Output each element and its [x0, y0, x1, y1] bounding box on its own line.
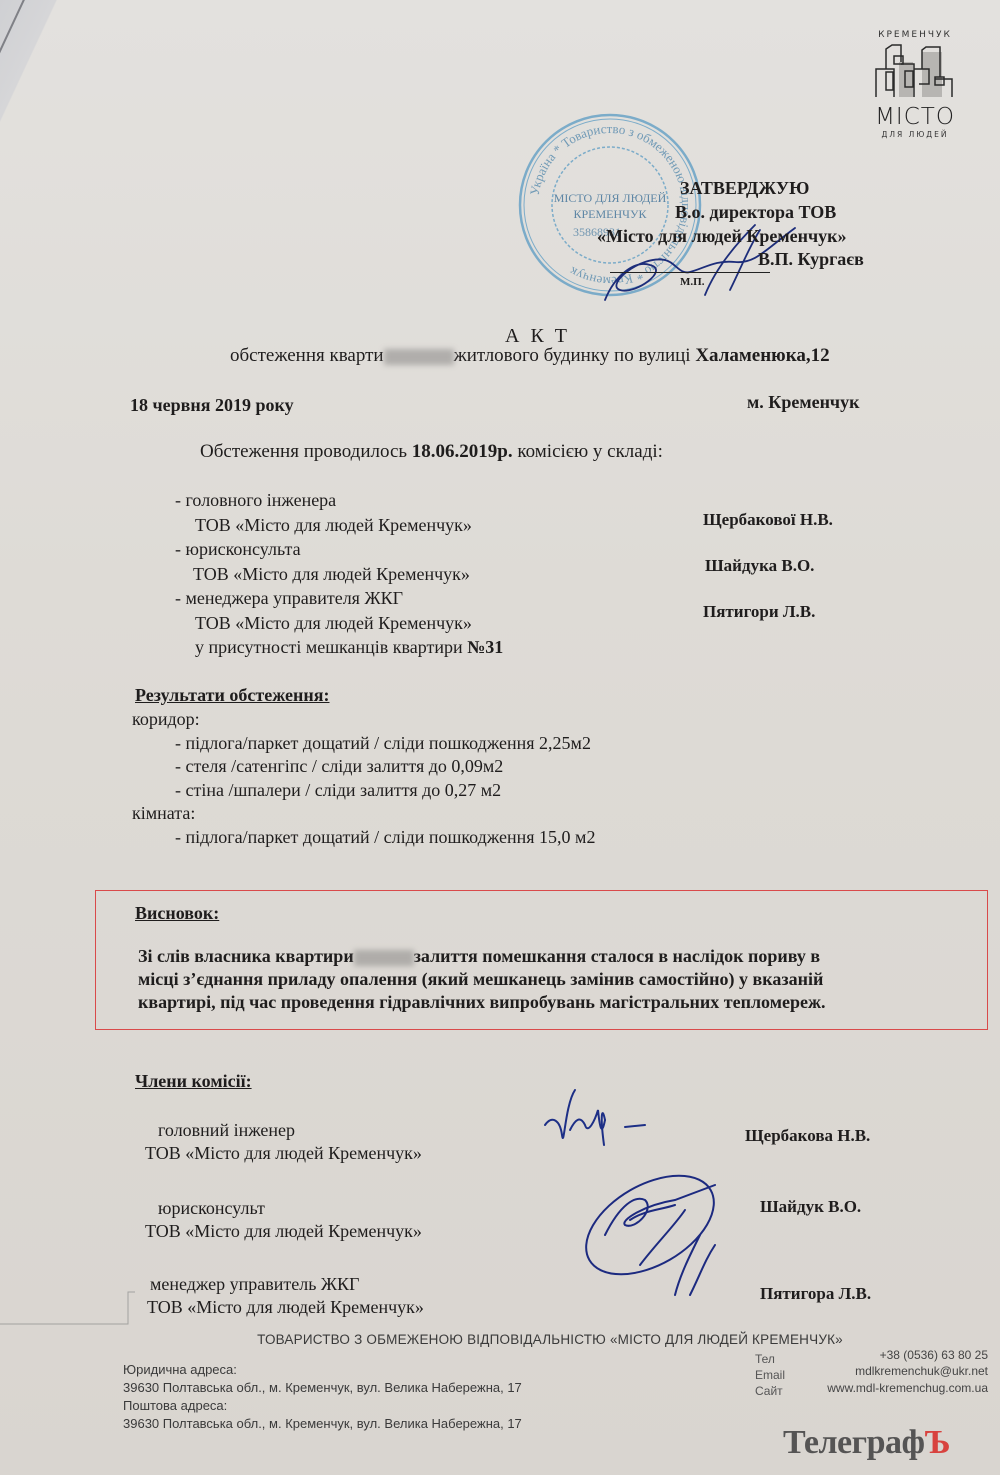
commission-member-name: Шайдука В.О.	[705, 556, 814, 576]
commission-role: - головного інженера	[175, 488, 503, 513]
member-role: юрисконсульт	[158, 1198, 265, 1219]
room-name: кімната:	[132, 802, 595, 826]
member-org: ТОВ «Місто для людей Кременчук»	[145, 1143, 422, 1164]
faded-logo-imprint	[0, 1262, 135, 1327]
member-name: Шайдук В.О.	[760, 1197, 861, 1217]
city-skyline-icon	[874, 44, 956, 99]
result-item: - підлога/паркет дощатий / сліди пошкодж…	[132, 826, 595, 850]
footer-company-name: ТОВАРИСТВО З ОБМЕЖЕНОЮ ВІДПОВІДАЛЬНІСТЮ …	[0, 1332, 1000, 1347]
inspection-intro: Обстеження проводилось 18.06.2019р. комі…	[200, 441, 663, 463]
act-city: м. Кременчук	[747, 392, 859, 413]
logo-subtitle: ДЛЯ ЛЮДЕЙ	[860, 130, 970, 139]
paper-fold-shadow	[0, 0, 70, 150]
redacted-text	[354, 950, 414, 966]
logo-city: КРЕМЕНЧУК	[860, 30, 970, 40]
act-date: 18 червня 2019 року	[130, 395, 294, 416]
street-address: Халаменюка,12	[695, 345, 829, 366]
legal-address-label: Юридична адреса:	[123, 1362, 237, 1377]
apartment-number: №31	[467, 637, 503, 657]
member-org: ТОВ «Місто для людей Кременчук»	[145, 1221, 422, 1242]
watermark-accent-letter: Ъ	[925, 1424, 951, 1461]
commission-list: - головного інженера ТОВ «Місто для люде…	[175, 488, 503, 660]
seal-mark: М.П.	[680, 276, 704, 288]
legal-address: 39630 Полтавська обл., м. Кременчук, вул…	[123, 1380, 522, 1395]
phone-label: Тел	[755, 1352, 775, 1366]
member-org: ТОВ «Місто для людей Кременчук»	[147, 1297, 424, 1318]
member-role: менеджер управитель ЖКГ	[150, 1274, 359, 1295]
svg-text:КРЕМЕНЧУК: КРЕМЕНЧУК	[574, 207, 648, 221]
redacted-text	[384, 349, 454, 365]
member-name: Пятигора Л.В.	[760, 1284, 871, 1304]
lawyer-signature	[565, 1165, 765, 1305]
members-heading: Члени комісії:	[135, 1071, 252, 1092]
approval-director-name: В.П. Кургаєв	[758, 249, 864, 270]
postal-address: 39630 Полтавська обл., м. Кременчук, вул…	[123, 1416, 522, 1431]
room-name: коридор:	[132, 708, 595, 732]
postal-address-label: Поштова адреса:	[123, 1398, 227, 1413]
commission-org: ТОВ «Місто для людей Кременчук»	[175, 513, 503, 538]
website-link[interactable]: www.mdl-kremenchug.com.ua	[798, 1381, 988, 1395]
email-label: Email	[755, 1368, 785, 1382]
result-item: - стіна /шпалери / сліди залиття до 0,27…	[132, 779, 595, 803]
company-logo: КРЕМЕНЧУК МІСТО ДЛЯ ЛЮДЕЙ	[860, 30, 970, 160]
approval-heading: ЗАТВЕРДЖУЮ	[680, 178, 809, 199]
result-item: - стеля /сатенгіпс / сліди залиття до 0,…	[132, 755, 595, 779]
engineer-signature	[540, 1085, 720, 1165]
signature-line	[610, 272, 770, 273]
commission-role: - менеджера управителя ЖКГ	[175, 586, 503, 611]
member-name: Щербакова Н.В.	[745, 1126, 870, 1146]
phone-number: +38 (0536) 63 80 25	[798, 1348, 988, 1362]
svg-text:МІСТО ДЛЯ ЛЮДЕЙ: МІСТО ДЛЯ ЛЮДЕЙ	[554, 191, 667, 205]
email-address: mdlkremenchuk@ukr.net	[798, 1364, 988, 1378]
approval-company: «Місто для людей Кременчук»	[597, 226, 847, 247]
results-heading: Результати обстеження:	[135, 685, 330, 706]
member-role: головний інженер	[158, 1120, 295, 1141]
result-item: - підлога/паркет дощатий / сліди пошкодж…	[132, 732, 595, 756]
commission-member-name: Щербакової Н.В.	[703, 510, 833, 530]
telegraf-watermark: ТелеграфЪ	[783, 1424, 950, 1462]
presence-note: у присутності мешканців квартири №31	[175, 635, 503, 660]
conclusion-heading: Висновок:	[135, 903, 219, 924]
site-label: Сайт	[755, 1384, 783, 1398]
commission-role: - юрисконсульта	[175, 537, 503, 562]
results-list: коридор: - підлога/паркет дощатий / слід…	[132, 708, 595, 849]
approval-position: В.о. директора ТОВ	[675, 202, 836, 223]
commission-member-name: Пятигори Л.В.	[703, 602, 815, 622]
logo-name: МІСТО	[860, 104, 970, 130]
conclusion-text: Зі слів власника квартиризалиття помешка…	[138, 945, 968, 1014]
act-subtitle: обстеження квартижитлового будинку по ву…	[230, 345, 830, 367]
commission-org: ТОВ «Місто для людей Кременчук»	[175, 562, 503, 587]
commission-org: ТОВ «Місто для людей Кременчук»	[175, 611, 503, 636]
